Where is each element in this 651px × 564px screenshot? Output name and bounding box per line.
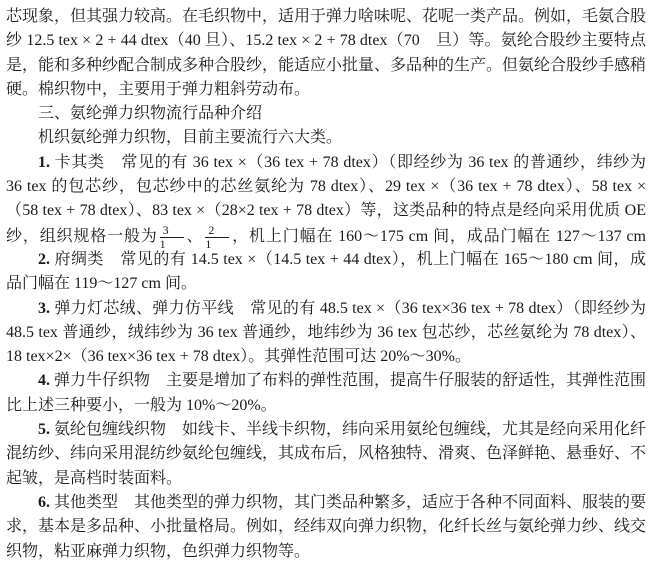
text-run: 三、氨纶弹力织物流行品种介绍 (38, 105, 262, 122)
body-line: 48.5 tex 普通纱，绒纬纱为 36 tex 普通纱，地纬纱为 36 tex… (6, 321, 646, 345)
text-run: 18 tex×2×（36 tex×36 tex + 78 dtex）。其弹性范围… (6, 348, 471, 365)
text-run: 氨纶包缠线织物 如线卡、半线卡织物，纬向采用氨纶包缠线，尤其是经向采用化纤 (50, 421, 646, 438)
list-item-6-line: 6. 其他类型 其他类型的弹力织物，其门类品种繁多，适应于各种不同面料、服装的要 (6, 491, 646, 515)
list-item-5-line: 5. 氨纶包缠线织物 如线卡、半线卡织物，纬向采用氨纶包缠线，尤其是经向采用化纤 (6, 418, 646, 442)
text-run: 36 tex 的包芯纱，包芯纱中的芯丝氨纶为 78 dtex）、29 tex ×… (6, 178, 646, 195)
body-line: 混纺纱、纬向采用混纺纱氨纶包缠线，其成布后，风格独特、滑爽、色泽鲜艳、悬垂好、不 (6, 442, 646, 466)
body-line: 品门幅在 119～127 cm 间。 (6, 272, 646, 296)
body-line: 芯现象，但其强力较高。在毛织物中，适用于弹力啥味呢、花呢一类产品。例如，毛氨合股 (6, 5, 646, 29)
body-line: 纱，组织规格一般为31、21，机上门幅在 160～175 cm 间，成品门幅在 … (6, 224, 646, 248)
text-run: 纱 12.5 tex × 2 + 44 dtex（40 旦）、15.2 tex … (6, 32, 646, 49)
text-run: 纱，组织规格一般为 (6, 228, 158, 245)
text-run: 起皱，是高档时装面料。 (6, 470, 182, 487)
text-run: 是，能和多种纱配合制成多种合股纱，能适应小批量、多品种的生产。但氨纶合股纱手感稍 (6, 57, 646, 74)
list-number: 1. (38, 154, 50, 171)
text-run: 求，基本是多品种、小批量格局。例如，经纬双向弹力织物，化纤长丝与氨纶弹力纱、线交 (6, 518, 646, 535)
twill-fraction: 21 (205, 224, 229, 248)
text-run: 比上述三种要小，一般为 10%～20%。 (6, 397, 277, 414)
body-line: 36 tex 的包芯纱，包芯纱中的芯丝氨纶为 78 dtex）、29 tex ×… (6, 175, 646, 199)
list-number: 6. (38, 494, 50, 511)
list-number: 4. (38, 372, 50, 389)
list-item-2-line: 2. 府绸类 常见的有 14.5 tex ×（14.5 tex + 44 dte… (6, 248, 646, 272)
list-item-3-line: 3. 弹力灯芯绒、弹力仿平线 常见的有 48.5 tex ×（36 tex×36… (6, 297, 646, 321)
text-run: 弹力牛仔织物 主要是增加了布料的弹性范围，提高牛仔服装的舒适性，其弹性范围 (50, 372, 646, 389)
list-number: 2. (38, 251, 50, 268)
text-run: 卡其类 常见的有 36 tex ×（36 tex + 78 dtex）（即经纱为… (50, 154, 646, 171)
body-line: 织物，粘亚麻弹力织物，色织弹力织物等。 (6, 540, 646, 564)
text-run: 硬。棉织物中，主要用于弹力粗斜劳动布。 (6, 81, 310, 98)
list-number: 5. (38, 421, 50, 438)
text-run: 府绸类 常见的有 14.5 tex ×（14.5 tex + 44 dtex），… (50, 251, 646, 268)
text-run: 48.5 tex 普通纱，绒纬纱为 36 tex 普通纱，地纬纱为 36 tex… (6, 324, 646, 341)
text-run: 芯现象，但其强力较高。在毛织物中，适用于弹力啥味呢、花呢一类产品。例如，毛氨合股 (6, 8, 646, 25)
body-line: 18 tex×2×（36 tex×36 tex + 78 dtex）。其弹性范围… (6, 345, 646, 369)
text-run: 机织氨纶弹力织物，目前主要流行六大类。 (38, 129, 342, 146)
document-page: 芯现象，但其强力较高。在毛织物中，适用于弹力啥味呢、花呢一类产品。例如，毛氨合股… (0, 0, 651, 564)
list-number: 3. (38, 300, 50, 317)
body-line: 机织氨纶弹力织物，目前主要流行六大类。 (6, 126, 646, 150)
section-heading: 三、氨纶弹力织物流行品种介绍 (6, 102, 646, 126)
body-line: （58 tex + 78 dtex）、83 tex ×（28×2 tex + 7… (6, 199, 646, 223)
body-line: 起皱，是高档时装面料。 (6, 467, 646, 491)
twill-fraction: 31 (160, 224, 184, 248)
text-run: 混纺纱、纬向采用混纺纱氨纶包缠线，其成布后，风格独特、滑爽、色泽鲜艳、悬垂好、不 (6, 445, 646, 462)
list-item-1-line: 1. 卡其类 常见的有 36 tex ×（36 tex + 78 dtex）（即… (6, 151, 646, 175)
text-content: 芯现象，但其强力较高。在毛织物中，适用于弹力啥味呢、花呢一类产品。例如，毛氨合股… (6, 5, 646, 564)
text-run: 弹力灯芯绒、弹力仿平线 常见的有 48.5 tex ×（36 tex×36 te… (50, 300, 646, 317)
text-run: 品门幅在 119～127 cm 间。 (6, 275, 197, 292)
list-item-4-line: 4. 弹力牛仔织物 主要是增加了布料的弹性范围，提高牛仔服装的舒适性，其弹性范围 (6, 369, 646, 393)
text-run: 其他类型 其他类型的弹力织物，其门类品种繁多，适应于各种不同面料、服装的要 (50, 494, 646, 511)
text-run: 织物，粘亚麻弹力织物，色织弹力织物等。 (6, 543, 310, 560)
text-run: 、 (186, 228, 204, 245)
body-line: 纱 12.5 tex × 2 + 44 dtex（40 旦）、15.2 tex … (6, 29, 646, 53)
body-line: 比上述三种要小，一般为 10%～20%。 (6, 394, 646, 418)
body-line: 求，基本是多品种、小批量格局。例如，经纬双向弹力织物，化纤长丝与氨纶弹力纱、线交 (6, 515, 646, 539)
body-line: 是，能和多种纱配合制成多种合股纱，能适应小批量、多品种的生产。但氨纶合股纱手感稍 (6, 54, 646, 78)
text-run: （58 tex + 78 dtex）、83 tex ×（28×2 tex + 7… (6, 202, 646, 219)
body-line: 硬。棉织物中，主要用于弹力粗斜劳动布。 (6, 78, 646, 102)
